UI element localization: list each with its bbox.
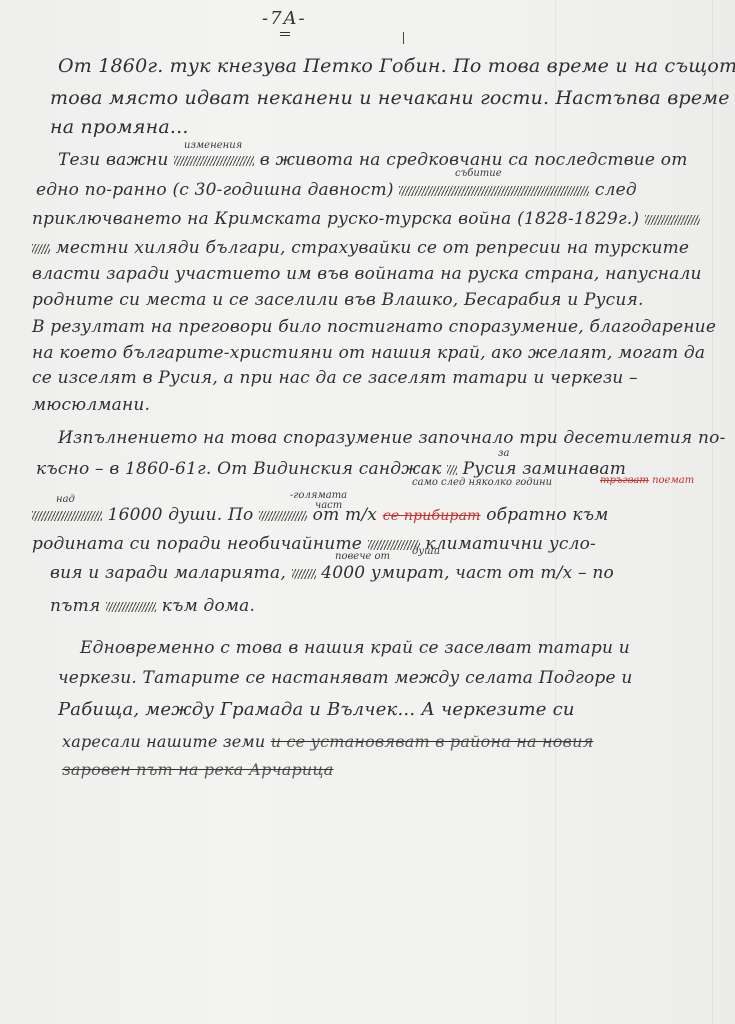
- crossed-out-word: [32, 511, 102, 521]
- crossed-out-word: [447, 465, 457, 475]
- crossed-out-word: [32, 244, 50, 254]
- insertion-note: за: [498, 448, 509, 459]
- text-line: пътя към дома.: [50, 596, 255, 616]
- insertion-note: събитие: [455, 168, 502, 179]
- insertion-note: само след няколко години: [412, 477, 552, 488]
- text-line: харесали нашите земи и се установяват в …: [62, 732, 593, 751]
- text-line: Изпълнението на това споразумение започн…: [58, 428, 726, 448]
- text-line: Едновременно с това в нашия край се засе…: [80, 638, 630, 658]
- text-line: Рабища, между Грамада и Вълчек... А черк…: [58, 699, 575, 720]
- insertion-note: души: [412, 546, 440, 557]
- text-line: мюсюлмани.: [32, 395, 150, 415]
- text-line: Тези важни в живота на средковчани са по…: [58, 150, 688, 170]
- text-line: на което българите-християни от нашия кр…: [32, 343, 705, 363]
- page-number-underline: [280, 32, 290, 36]
- margin-tick-mark: [403, 32, 404, 44]
- text-line: черкези. Татарите се настаняват между се…: [58, 668, 632, 688]
- text-line: късно – в 1860-61г. От Видинския санджак…: [36, 459, 626, 479]
- crossed-out-word: [292, 569, 316, 579]
- crossed-out-word: [106, 602, 156, 612]
- text-line: местни хиляди българи, страхувайки се от…: [32, 238, 689, 258]
- text-line: заровен път на река Арчарица: [62, 760, 334, 779]
- text-line: приключването на Кримската руско-турска …: [32, 209, 700, 229]
- text-line: това място идват неканени и нечакани гос…: [50, 87, 730, 109]
- crossed-out-word: [645, 215, 700, 225]
- text-line: От 1860г. тук кнезува Петко Гобин. По то…: [58, 55, 735, 77]
- crossed-out-words: [399, 186, 589, 196]
- paper-edge: [712, 0, 713, 1024]
- text-line: едно по-ранно (с 30-годишна давност) сле…: [36, 180, 637, 200]
- page-number: -7A-: [262, 8, 307, 29]
- insertion-note: над: [56, 494, 75, 505]
- manuscript-page: -7A- От 1860г. тук кнезува Петко Гобин. …: [0, 0, 735, 1024]
- crossed-out-word: [259, 511, 307, 521]
- red-correction: тръгват поемат: [600, 475, 694, 486]
- text-line: се изселят в Русия, а при нас да се засе…: [32, 368, 638, 388]
- text-line: родните си места и се заселили във Влашк…: [32, 290, 644, 310]
- text-line: 16000 души. По от т/х се прибират обратн…: [32, 505, 609, 525]
- insertion-note: повече от: [335, 551, 390, 562]
- text-line: родината си поради необичайните климатич…: [32, 534, 596, 554]
- text-line: на промяна...: [50, 116, 189, 138]
- text-line: власти заради участието им във войната н…: [32, 264, 702, 284]
- crossed-out-word: [174, 156, 254, 166]
- text-line: вия и заради маларията, 4000 умират, час…: [50, 563, 614, 583]
- text-line: В резултат на преговори било постигнато …: [32, 317, 716, 337]
